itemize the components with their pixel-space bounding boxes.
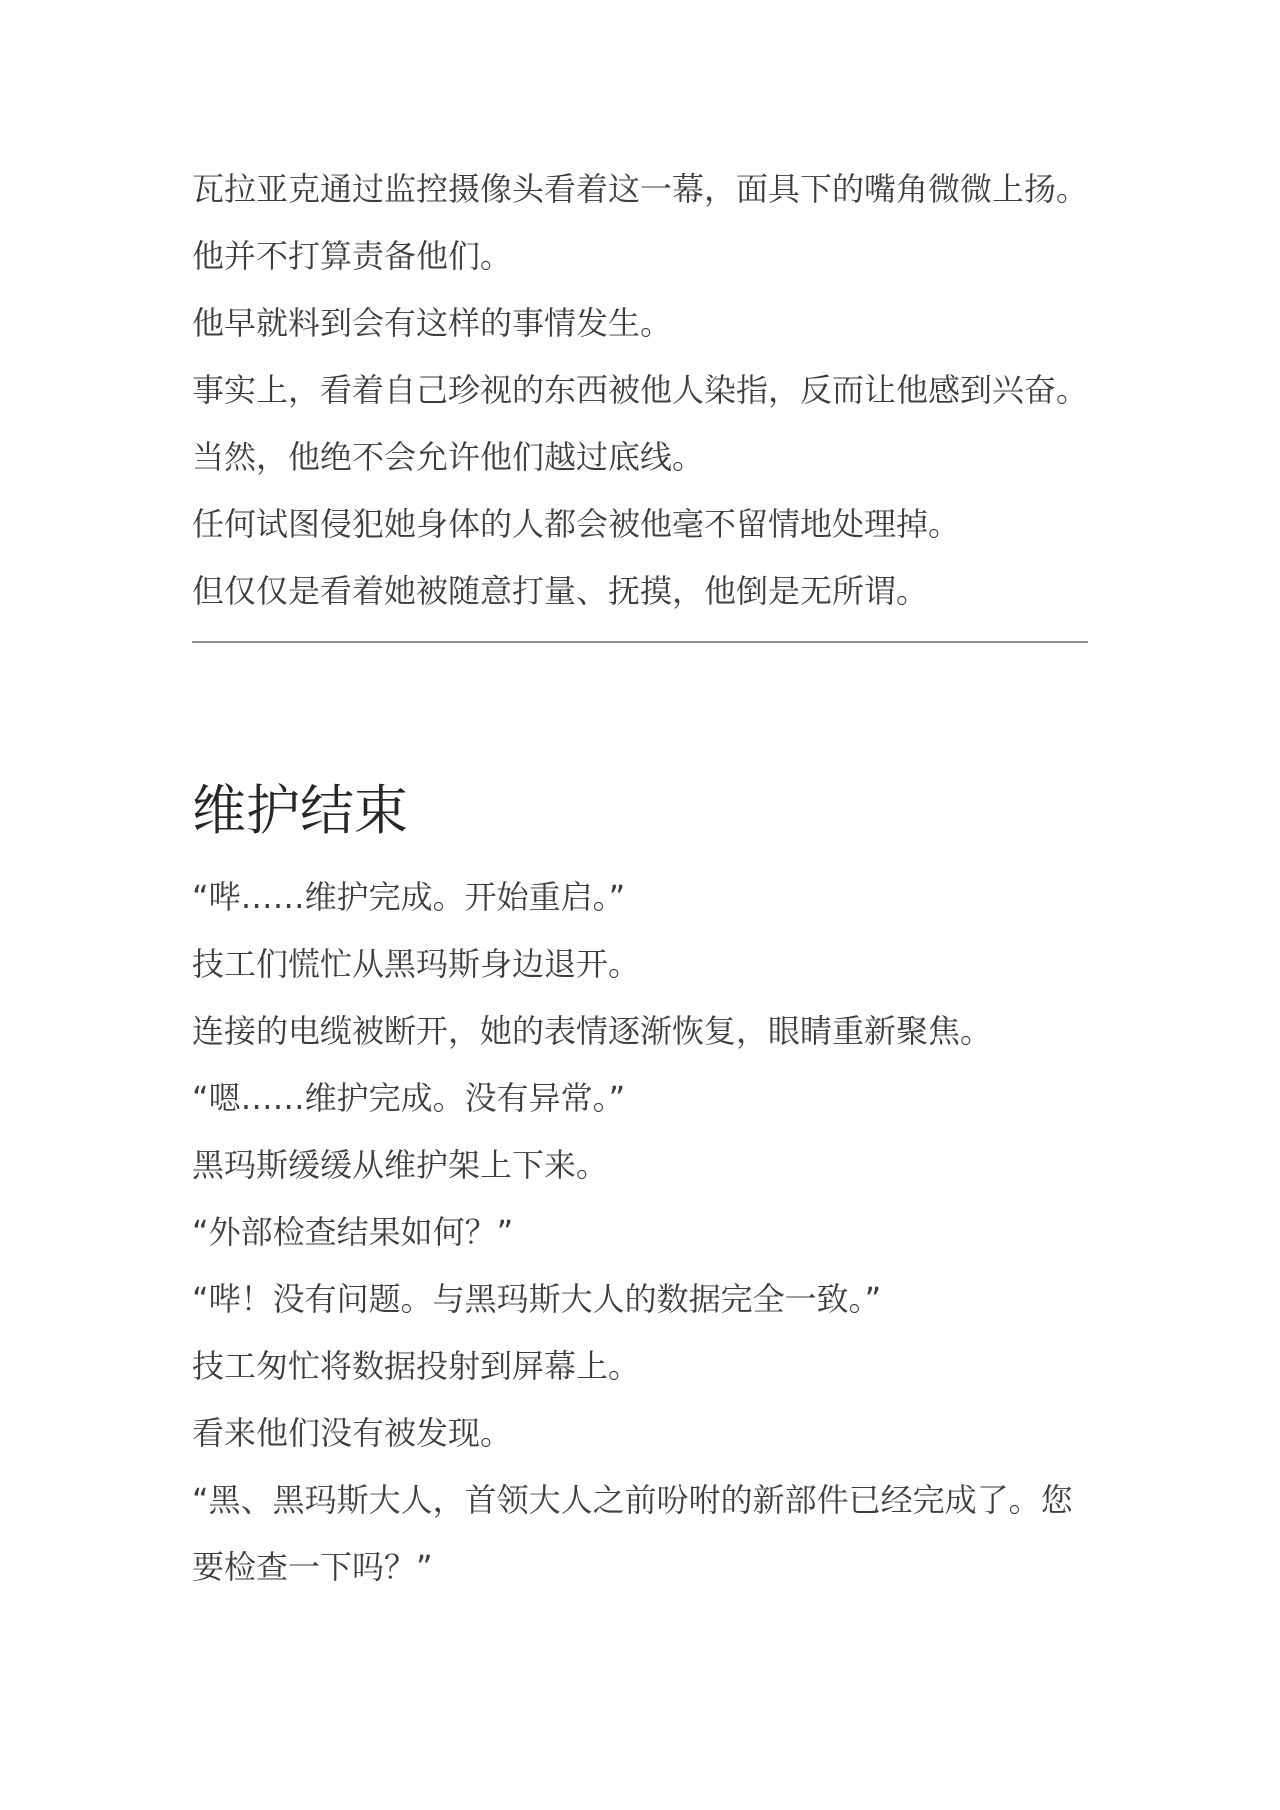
section-divider [192, 641, 1088, 643]
paragraph: 他早就料到会有这样的事情发生。 [192, 290, 1088, 357]
paragraph: “黑、黑玛斯大人，首领大人之前吩咐的新部件已经完成了。您要检查一下吗？” [192, 1467, 1088, 1601]
paragraph: “外部检查结果如何？” [192, 1199, 1088, 1266]
paragraph: 任何试图侵犯她身体的人都会被他毫不留情地处理掉。 [192, 491, 1088, 558]
paragraph: “哔！没有问题。与黑玛斯大人的数据完全一致。” [192, 1266, 1088, 1333]
paragraph: 连接的电缆被断开，她的表情逐渐恢复，眼睛重新聚焦。 [192, 998, 1088, 1065]
reader-column: 瓦拉亚克通过监控摄像头看着这一幕，面具下的嘴角微微上扬。 他并不打算责备他们。 … [192, 0, 1088, 1601]
section2-paragraphs: “哔……维护完成。开始重启。” 技工们慌忙从黑玛斯身边退开。 连接的电缆被断开，… [192, 864, 1088, 1601]
paragraph: 瓦拉亚克通过监控摄像头看着这一幕，面具下的嘴角微微上扬。 [192, 156, 1088, 223]
chapter-heading: 维护结束 [192, 778, 1088, 843]
story-section-1: 瓦拉亚克通过监控摄像头看着这一幕，面具下的嘴角微微上扬。 他并不打算责备他们。 … [192, 156, 1088, 625]
story-section-2: 维护结束 “哔……维护完成。开始重启。” 技工们慌忙从黑玛斯身边退开。 连接的电… [192, 778, 1088, 1601]
paragraph: “嗯……维护完成。没有异常。” [192, 1065, 1088, 1132]
paragraph: 技工们慌忙从黑玛斯身边退开。 [192, 931, 1088, 998]
paragraph: 黑玛斯缓缓从维护架上下来。 [192, 1132, 1088, 1199]
paragraph: 但仅仅是看着她被随意打量、抚摸，他倒是无所谓。 [192, 558, 1088, 625]
paragraph: 看来他们没有被发现。 [192, 1400, 1088, 1467]
paragraph: 事实上，看着自己珍视的东西被他人染指，反而让他感到兴奋。 [192, 357, 1088, 424]
paragraph: 他并不打算责备他们。 [192, 223, 1088, 290]
paragraph: “哔……维护完成。开始重启。” [192, 864, 1088, 931]
paragraph: 技工匆忙将数据投射到屏幕上。 [192, 1333, 1088, 1400]
paragraph: 当然，他绝不会允许他们越过底线。 [192, 424, 1088, 491]
